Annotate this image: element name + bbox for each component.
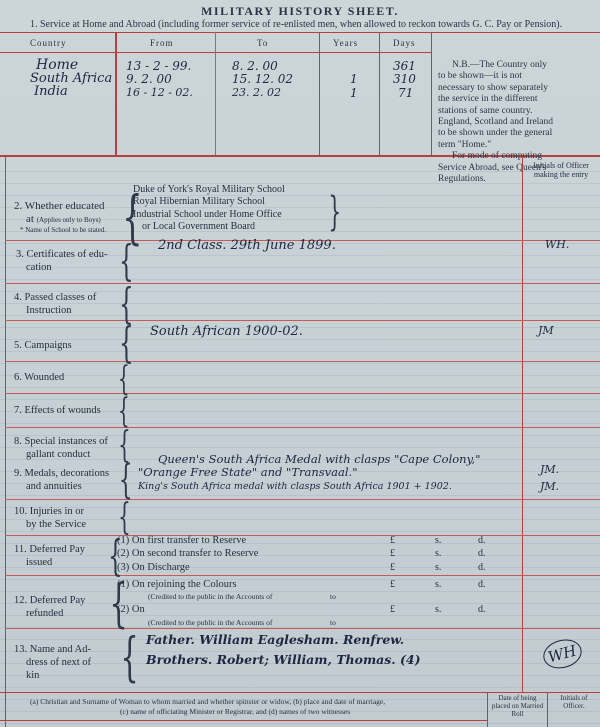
service-from: 16 - 12 - 02. <box>126 86 193 99</box>
initials-column-line <box>522 157 523 692</box>
brace-icon: { <box>120 632 138 684</box>
officer-initials: JM. <box>540 480 559 493</box>
nb-line: to be shown—it is not <box>438 71 598 82</box>
pounds-symbol: £ <box>390 562 395 573</box>
medals-label: 9. Medals, decorations <box>14 468 109 480</box>
medal-entry: King's South Africa medal with clasps So… <box>138 481 452 492</box>
next-of-kin-entry: Father. William Eaglesham. Renfrew. <box>146 632 404 647</box>
service-days: 310 <box>393 72 416 86</box>
pounds-symbol: £ <box>390 604 395 615</box>
deferred-issued-label: 11. Deferred Pay <box>14 544 85 556</box>
divider <box>431 32 432 155</box>
divider <box>0 720 487 721</box>
service-to: 23. 2. 02 <box>232 86 281 99</box>
label-text: 2. Whether educated <box>14 200 105 212</box>
row-divider <box>5 535 600 536</box>
brace-icon: { <box>328 194 341 234</box>
nb-line: term "Home." <box>438 140 598 151</box>
service-days: 71 <box>398 86 413 100</box>
medal-entry: Queen's South Africa Medal with clasps "… <box>158 452 481 466</box>
row-divider <box>0 692 600 693</box>
school-option: Duke of York's Royal Military School <box>133 184 285 196</box>
pence-symbol: d. <box>478 548 486 559</box>
nb-line: England, Scotland and Ireland <box>438 117 598 128</box>
row-divider <box>5 283 600 284</box>
initials-header: Initials of Officer making the entry <box>523 161 599 179</box>
column-header-days: Days <box>393 38 416 48</box>
shillings-symbol: s. <box>435 535 441 546</box>
row-divider <box>5 393 600 394</box>
service-from: 13 - 2 - 99. <box>126 59 191 73</box>
pence-symbol: d. <box>478 562 486 573</box>
divider <box>379 32 380 155</box>
row-divider <box>5 427 600 428</box>
nb-line: stations of same country. <box>438 106 598 117</box>
shillings-symbol: s. <box>435 562 441 573</box>
service-years: 1 <box>350 86 358 100</box>
education-label: 2. Whether educated <box>14 200 105 212</box>
page-title: MILITARY HISTORY SHEET. <box>0 4 600 19</box>
injuries-label: 10. Injuries in or <box>14 506 84 518</box>
school-option: Industrial School under Home Office <box>133 209 282 221</box>
next-of-kin-label-2: dress of next of <box>26 657 91 669</box>
divider <box>547 692 548 727</box>
next-of-kin-label: 13. Name and Ad- <box>14 644 91 656</box>
shillings-symbol: s. <box>435 579 441 590</box>
certificates-label-2: cation <box>26 262 52 274</box>
row-divider <box>5 628 600 629</box>
shillings-symbol: s. <box>435 604 441 615</box>
brace-icon: { <box>119 240 134 282</box>
brace-icon: { <box>119 460 133 500</box>
nb-line: necessary to show separately <box>438 83 598 94</box>
deferred-refunded-label: 12. Deferred Pay <box>14 595 85 607</box>
brace-icon: { <box>118 394 130 428</box>
pence-symbol: d. <box>478 604 486 615</box>
marriage-note-line1: (a) Christian and Surname of Woman to wh… <box>30 697 385 706</box>
deferred-issued-label-2: issued <box>26 557 52 569</box>
campaigns-label: 5. Campaigns <box>14 340 72 352</box>
marriage-note-line2: (c) name of officiating Minister or Regi… <box>120 707 350 716</box>
divider <box>0 32 600 33</box>
pounds-symbol: £ <box>390 535 395 546</box>
effects-label: 7. Effects of wounds <box>14 405 101 417</box>
school-option: Royal Hibernian Military School <box>133 196 265 208</box>
credit-note: (Credited to the public in the Accounts … <box>148 617 272 629</box>
credit-note: (Credited to the public in the Accounts … <box>148 591 272 603</box>
label-note: (Applies only to Boys) <box>37 216 101 224</box>
divider <box>0 52 432 53</box>
column-header-to: To <box>257 38 268 48</box>
campaign-entry: South African 1900-02. <box>150 324 303 339</box>
deferred-refunded-label-2: refunded <box>26 608 63 620</box>
divider <box>319 32 320 155</box>
service-heading: 1. Service at Home and Abroad (including… <box>30 19 562 30</box>
margin-line <box>5 157 6 727</box>
credit-to: to <box>330 591 336 603</box>
service-years: 1 <box>350 72 358 86</box>
deferred-refunded-item: (1) On rejoining the Colours <box>117 579 237 591</box>
service-from: 9. 2. 00 <box>126 72 172 86</box>
deferred-issued-item: (1) On first transfer to Reserve <box>117 535 246 547</box>
divider <box>215 32 216 155</box>
service-days: 361 <box>393 59 416 73</box>
gallant-label: 8. Special instances of <box>14 436 108 448</box>
service-to: 15. 12. 02 <box>232 72 293 86</box>
passed-classes-label-2: Instruction <box>26 305 72 317</box>
nb-line: the service in the different <box>438 94 598 105</box>
deferred-refunded-item: (2) On <box>117 604 145 616</box>
married-roll-date-header: Date of being placed on Married Roll <box>489 694 546 718</box>
next-of-kin-label-3: kin <box>26 670 39 682</box>
wounded-label: 6. Wounded <box>14 372 64 384</box>
medal-entry: "Orange Free State" and "Transvaal." <box>138 465 358 479</box>
nb-line: to be shown under the general <box>438 128 598 139</box>
certificate-entry: 2nd Class. 29th June 1899. <box>158 238 336 253</box>
pounds-symbol: £ <box>390 579 395 590</box>
military-history-sheet: MILITARY HISTORY SHEET. 1. Service at Ho… <box>0 0 600 727</box>
column-header-years: Years <box>333 38 358 48</box>
pence-symbol: d. <box>478 579 486 590</box>
brace-icon: { <box>119 322 134 364</box>
deferred-issued-item: (2) On second transfer to Reserve <box>117 548 258 560</box>
divider <box>487 692 488 727</box>
row-divider <box>5 320 600 321</box>
officer-initials: JM. <box>540 463 559 476</box>
pounds-symbol: £ <box>390 548 395 559</box>
medals-label-2: and annuities <box>26 481 82 493</box>
school-option: or Local Government Board <box>142 221 255 233</box>
officer-initials: WH. <box>545 238 569 251</box>
gallant-label-2: gallant conduct <box>26 449 90 461</box>
next-of-kin-entry: Brothers. Robert; William, Thomas. (4) <box>146 652 421 667</box>
column-header-country: Country <box>30 38 67 48</box>
officer-initials: JM <box>538 324 554 337</box>
service-country-india: India <box>34 84 68 99</box>
row-divider <box>5 575 600 576</box>
nb-line: N.B.—The Country only <box>438 60 598 71</box>
pence-symbol: d. <box>478 535 486 546</box>
footer-initials-header: Initials of Officer. <box>549 694 599 710</box>
injuries-label-2: by the Service <box>26 519 86 531</box>
divider <box>116 32 117 155</box>
column-header-from: From <box>150 38 174 48</box>
credit-to: to <box>330 617 336 629</box>
certificates-label: 3. Certificates of edu- <box>16 249 108 261</box>
service-to: 8. 2. 00 <box>232 59 278 73</box>
deferred-issued-item: (3) On Discharge <box>117 562 190 574</box>
row-divider <box>5 361 600 362</box>
shillings-symbol: s. <box>435 548 441 559</box>
passed-classes-label: 4. Passed classes of <box>14 292 96 304</box>
row-divider <box>5 499 600 500</box>
officer-initials: WH <box>540 635 584 672</box>
education-note: * Name of School to be stated. <box>20 224 106 236</box>
